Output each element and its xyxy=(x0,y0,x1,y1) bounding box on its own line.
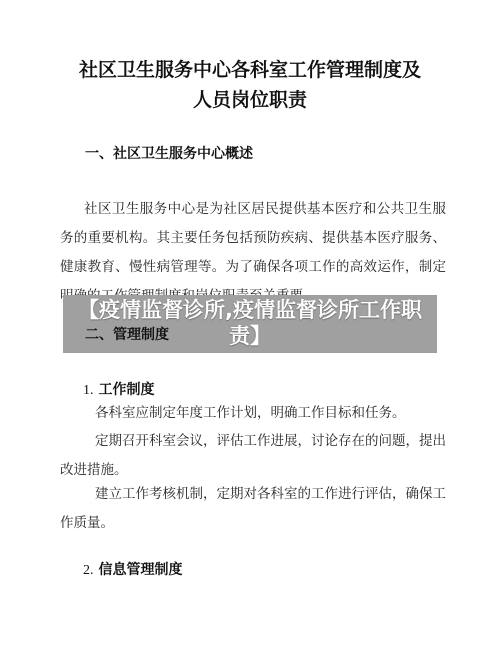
subsection1-paragraph-2: 定期召开科室会议，评估工作进展，讨论存在的问题，提出改进措施。 xyxy=(60,426,446,484)
subsection1-paragraph-3: 建立工作考核机制，定期对各科室的工作进行评估，确保工作质量。 xyxy=(60,479,446,537)
subsection1-number: 1. xyxy=(83,383,94,398)
section1-paragraph: 社区卫生服务中心是为社区居民提供基本医疗和公共卫生服务的重要机构。其主要任务包括… xyxy=(60,194,446,310)
document-page: 社区卫生服务中心各科室工作管理制度及人员岗位职责 一、社区卫生服务中心概述 社区… xyxy=(0,0,500,647)
subtitle-line-2: 责】 xyxy=(229,324,271,348)
subsection1-paragraph-1: 各科室应制定年度工作计划，明确工作目标和任务。 xyxy=(60,398,446,427)
subtitle-overlay-banner: 【疫情监督诊所,疫情监督诊所工作职责】 xyxy=(63,295,437,353)
section1-heading: 一、社区卫生服务中心概述 xyxy=(85,145,253,161)
section2-heading: 二、管理制度 xyxy=(85,326,169,342)
subsection2-number: 2. xyxy=(83,563,94,578)
subtitle-line-1: 【疫情监督诊所,疫情监督诊所工作职 xyxy=(78,298,422,322)
subsection1-title: 工作制度 xyxy=(99,381,155,397)
subsection1-heading: 1.工作制度 xyxy=(83,381,155,399)
subsection2-title: 信息管理制度 xyxy=(99,561,183,577)
subsection2-heading: 2.信息管理制度 xyxy=(83,561,183,579)
document-title: 社区卫生服务中心各科室工作管理制度及人员岗位职责 xyxy=(70,56,430,116)
